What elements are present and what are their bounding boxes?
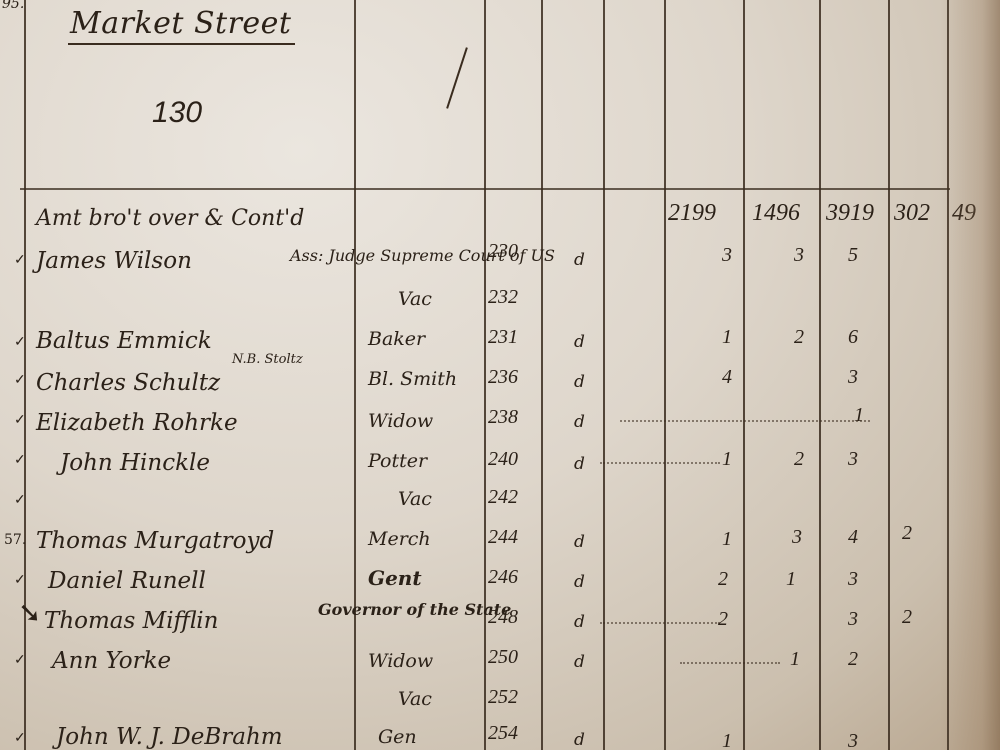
col2-value: 2 [794, 448, 804, 471]
col3-value: 1 [854, 404, 864, 427]
house-number: 238 [488, 406, 518, 429]
check-mark-icon: ✓ [14, 372, 26, 388]
mark: d [574, 532, 585, 552]
house-number: 232 [488, 286, 518, 309]
occupation: Widow [368, 410, 433, 432]
resident-name: John Hinckle [60, 450, 210, 476]
dotted-leader [620, 420, 870, 422]
margin-number: 57. [4, 532, 26, 548]
col2-value: 3 [792, 526, 802, 549]
occupation: Potter [368, 450, 427, 472]
check-mark-icon: ✓ [14, 412, 26, 428]
resident-name: Elizabeth Rohrke [36, 410, 238, 436]
col4-value: 2 [902, 522, 912, 545]
col3-value: 4 [848, 526, 858, 549]
mark: d [574, 454, 585, 474]
ledger-page: 95. Market Street 130 Amt bro't over & C… [0, 0, 1000, 750]
dotted-leader [600, 622, 720, 624]
annotation: N.B. Stoltz [232, 352, 303, 367]
check-mark-icon: ✓ [14, 492, 26, 508]
col1-value: 2 [718, 608, 728, 631]
resident-name: Baltus Emmick [36, 328, 212, 354]
total-col5: 49 [952, 200, 976, 227]
resident-name: Daniel Runell [48, 568, 206, 594]
arrow-icon: ➘ [18, 596, 41, 629]
mark: d [574, 372, 585, 392]
resident-name: Thomas Mifflin [44, 608, 218, 634]
column-rule [743, 0, 745, 750]
column-rule [888, 0, 890, 750]
col3-value: 6 [848, 326, 858, 349]
col3-value: 5 [848, 244, 858, 267]
resident-name: John W. J. DeBrahm [56, 724, 283, 750]
column-rule [819, 0, 821, 750]
header-rule [20, 188, 950, 190]
column-rule [947, 0, 949, 750]
pencil-stroke [446, 47, 468, 108]
col3-value: 3 [848, 730, 858, 750]
col2-value: 1 [790, 648, 800, 671]
house-number: 244 [488, 526, 518, 549]
total-col4: 302 [894, 200, 930, 227]
house-number: 240 [488, 448, 518, 471]
col2-value: 1 [786, 568, 796, 591]
occupation: Merch [368, 528, 431, 550]
total-col1: 2199 [668, 200, 716, 227]
check-mark-icon: ✓ [14, 252, 26, 268]
house-number: 230 [488, 240, 518, 263]
page-number: 95. [2, 0, 24, 12]
col2-value: 3 [794, 244, 804, 267]
occupation: Widow [368, 650, 433, 672]
col1-value: 1 [722, 730, 732, 750]
ward-number: 130 [152, 96, 202, 130]
house-number: 242 [488, 486, 518, 509]
col1-value: 2 [718, 568, 728, 591]
occupation: Vac [398, 288, 432, 310]
house-number: 231 [488, 326, 518, 349]
carried-over-label: Amt bro't over & Cont'd [36, 206, 304, 231]
house-number: 252 [488, 686, 518, 709]
house-number: 248 [488, 606, 518, 629]
col2-value: 2 [794, 326, 804, 349]
check-mark-icon: ✓ [14, 572, 26, 588]
col1-value: 1 [722, 528, 732, 551]
occupation: Vac [398, 488, 432, 510]
col3-value: 3 [848, 608, 858, 631]
column-rule [354, 0, 356, 750]
col1-value: 1 [722, 448, 732, 471]
house-number: 246 [488, 566, 518, 589]
col3-value: 2 [848, 648, 858, 671]
check-mark-icon: ✓ [14, 652, 26, 668]
col3-value: 3 [848, 448, 858, 471]
column-rule [541, 0, 543, 750]
resident-name: Charles Schultz [36, 370, 220, 396]
col3-value: 3 [848, 366, 858, 389]
occupation: Gen [378, 726, 417, 748]
occupation: Governor of the State [318, 600, 511, 619]
mark: d [574, 332, 585, 352]
occupation: Bl. Smith [368, 368, 457, 390]
occupation: Baker [368, 328, 425, 350]
mark: d [574, 250, 585, 270]
col3-value: 3 [848, 568, 858, 591]
mark: d [574, 730, 585, 750]
total-col2: 1496 [752, 200, 800, 227]
column-rule [664, 0, 666, 750]
col1-value: 1 [722, 326, 732, 349]
check-mark-icon: ✓ [14, 334, 26, 350]
mark: d [574, 652, 585, 672]
house-number: 236 [488, 366, 518, 389]
col1-value: 4 [722, 366, 732, 389]
mark: d [574, 412, 585, 432]
total-col3: 3919 [826, 200, 874, 227]
house-number: 250 [488, 646, 518, 669]
column-rule [484, 0, 486, 750]
col1-value: 3 [722, 244, 732, 267]
dotted-leader [600, 462, 720, 464]
check-mark-icon: ✓ [14, 730, 26, 746]
street-heading: Market Street [68, 6, 295, 45]
column-rule [603, 0, 605, 750]
dotted-leader [680, 662, 780, 664]
mark: d [574, 572, 585, 592]
resident-name: Ann Yorke [52, 648, 171, 674]
mark: d [574, 612, 585, 632]
col4-value: 2 [902, 606, 912, 629]
resident-name: James Wilson [36, 248, 192, 274]
house-number: 254 [488, 722, 518, 745]
occupation: Gent [368, 566, 422, 590]
resident-name: Thomas Murgatroyd [36, 528, 274, 554]
check-mark-icon: ✓ [14, 452, 26, 468]
occupation: Vac [398, 688, 432, 710]
